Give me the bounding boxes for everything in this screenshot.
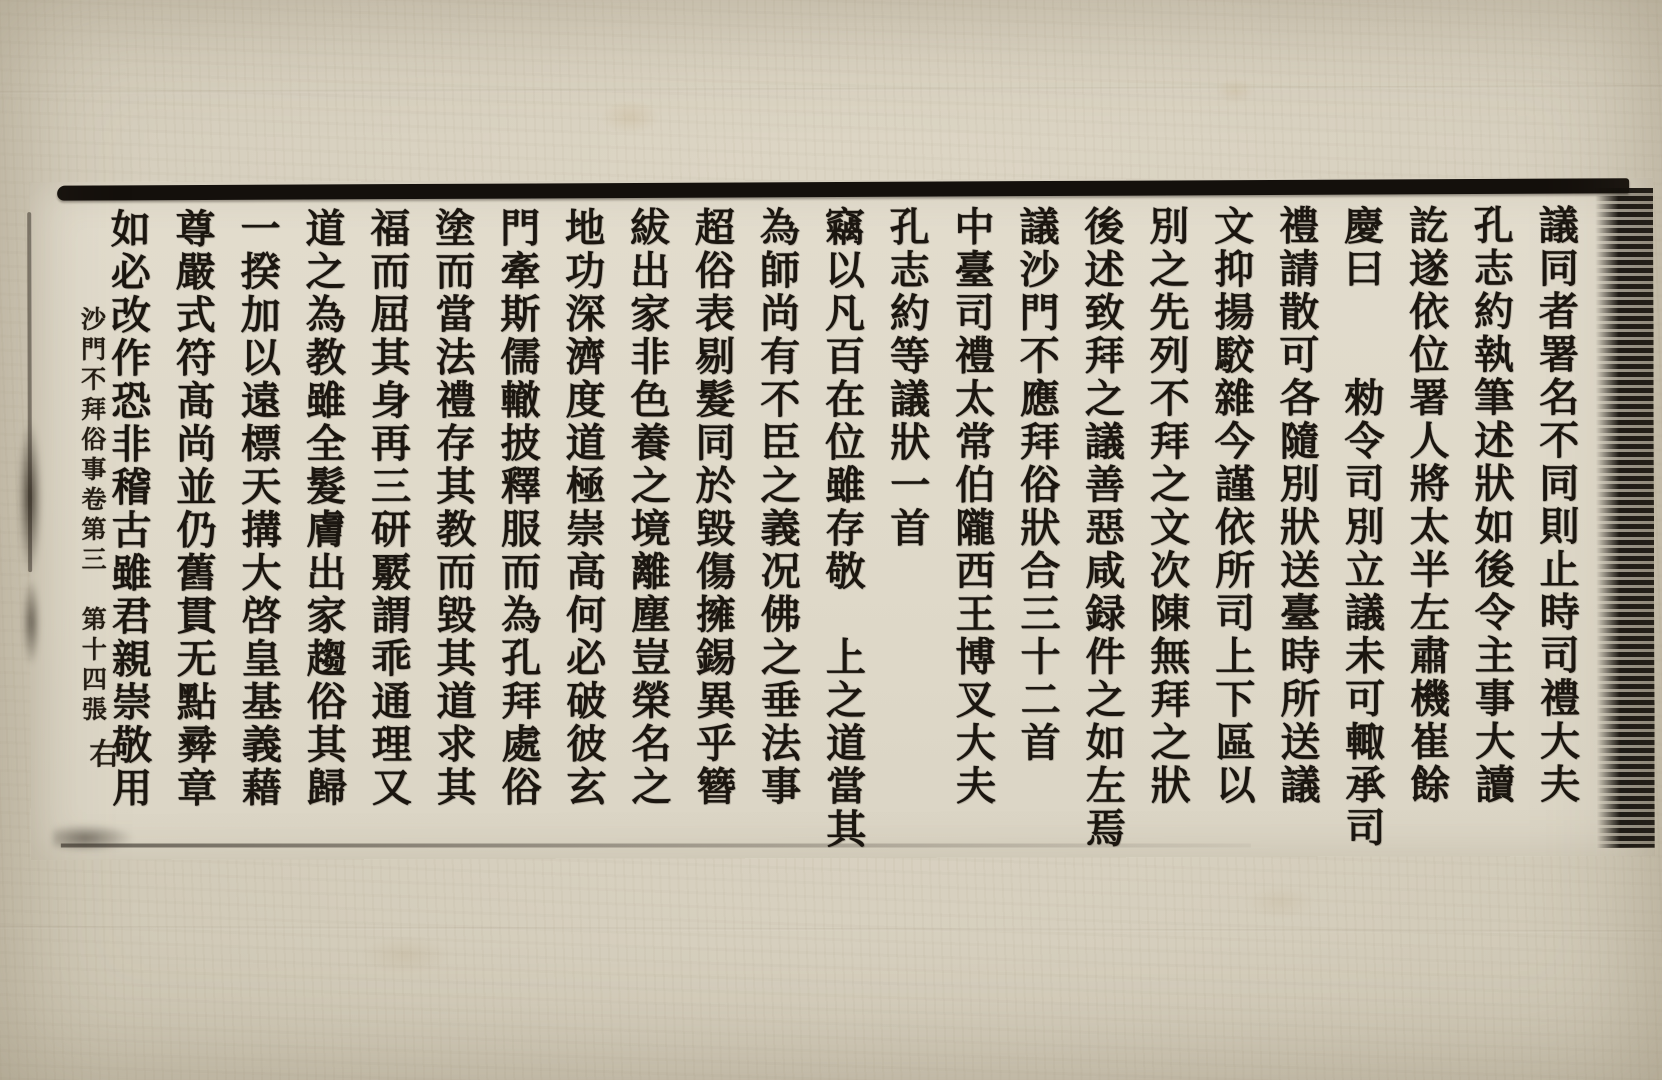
text-column: 為師尚有不臣之義况佛之垂法事 <box>744 206 810 856</box>
text-column: 訖遂依位署人將太半左肅機崔餘 <box>1393 204 1459 854</box>
text-column: 紱出家非色養之境離塵豈榮名之 <box>614 206 680 856</box>
colophon-column: 沙門不拜俗事卷第三 第十四張 <box>73 306 110 776</box>
paper-stain <box>1215 78 1255 104</box>
top-border-band <box>57 178 1629 200</box>
text-column: 福而屈其身再三研覈謂乖通理又 <box>355 207 421 857</box>
left-ink-smudge <box>22 577 40 667</box>
text-column: 文抑揚駮雜今謹依所司上下區以 <box>1199 205 1265 855</box>
text-column: 道之為教雖全髮膚出家趨俗其歸 <box>290 207 356 857</box>
text-column: 議沙門不應拜俗狀合三十二首 <box>1004 205 1070 855</box>
print-block: 議同者署名不同則止時司禮大夫孔志約執筆述狀如後令主事大讀訖遂依位署人將太半左肅機… <box>29 178 1655 860</box>
paper-stain <box>1245 885 1315 919</box>
text-column: 門牽斯儒轍披釋服而為孔拜處俗 <box>485 207 551 857</box>
text-column: 一揆加以遠標天搆大啓皇基義藉 <box>225 207 291 857</box>
side-mark: 右 <box>79 738 123 768</box>
text-column: 禮請散可各隨別狀送臺時所送議 <box>1263 205 1329 855</box>
text-column: 地功深濟度道極崇高何必破彼玄 <box>550 207 616 857</box>
text-column: 超俗表剔髮同於毀傷擁錫異乎簪 <box>679 206 745 856</box>
paper-stain <box>360 935 450 975</box>
paper-crease <box>0 926 1662 933</box>
paper-crease <box>0 85 1662 94</box>
text-column: 竊以凡百在位雖存敬 上之道當其 <box>809 206 875 856</box>
text-column: 別之先列不拜之文次陳無拜之狀 <box>1134 205 1200 855</box>
text-column: 後述致拜之議善惡咸録件之如左焉 <box>1069 205 1135 855</box>
text-column: 慶曰 勑令司別立議未可輙承司 <box>1328 205 1394 855</box>
paper-stain <box>600 100 660 134</box>
text-column: 塗而當法禮存其教而毀其道求其 <box>420 207 486 857</box>
text-column: 中臺司禮太常伯隴西王博叉大夫 <box>939 206 1005 856</box>
text-columns: 議同者署名不同則止時司禮大夫孔志約執筆述狀如後令主事大讀訖遂依位署人將太半左肅機… <box>95 204 1589 858</box>
text-column: 孔志約等議狀一首 <box>874 206 940 856</box>
volume-title: 沙門不拜俗事卷第三 <box>73 306 110 576</box>
sheet-number: 第十四張 <box>74 606 110 726</box>
right-ink-edge <box>1595 188 1655 848</box>
text-column: 孔志約執筆述狀如後令主事大讀 <box>1458 204 1524 854</box>
woodblock-print-page: 議同者署名不同則止時司禮大夫孔志約執筆述狀如後令主事大讀訖遂依位署人將太半左肅機… <box>0 0 1662 1080</box>
text-column: 議同者署名不同則止時司禮大夫 <box>1523 204 1589 854</box>
text-column: 尊嚴式符髙尚並仍舊貫无點彛章 <box>160 208 226 858</box>
left-ink-smudge <box>18 417 42 577</box>
